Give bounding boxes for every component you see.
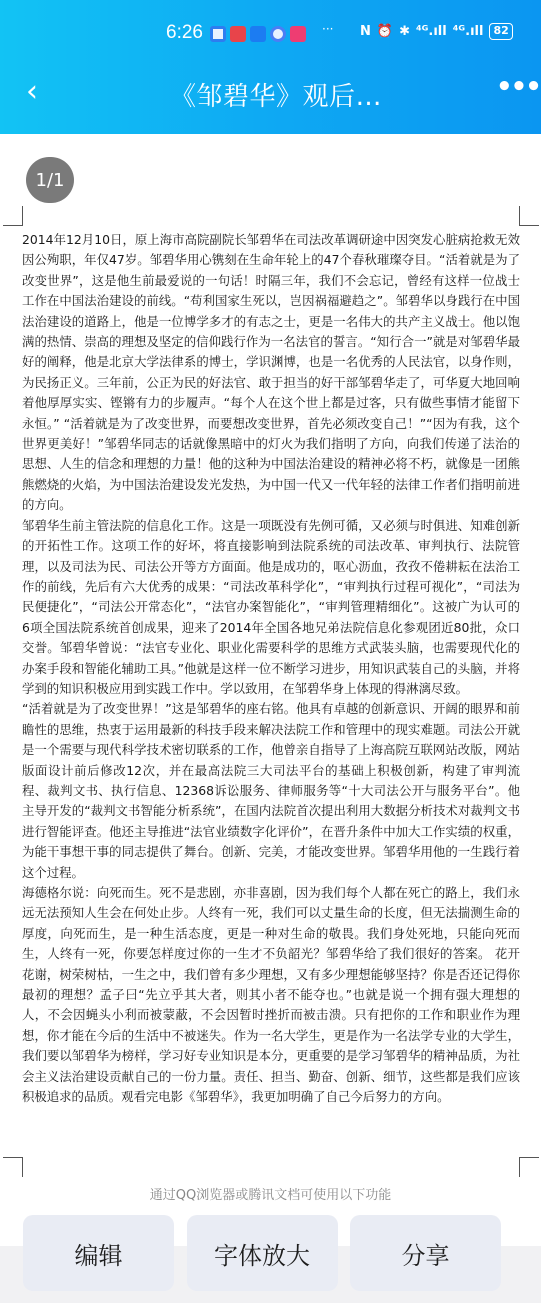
page-corner-mark <box>3 206 23 226</box>
nfc-icon: N <box>360 24 371 39</box>
action-bar: 编辑 字体放大 分享 <box>23 1215 501 1291</box>
document-body: 2014年12月10日，原上海市高院副院长邹碧华在司法改革调研途中因突发心脏病抢… <box>22 230 520 1107</box>
nav-bar: ‹ 《邹碧华》观后… ••• <box>0 66 541 126</box>
page-title: 《邹碧华》观后… <box>170 76 382 113</box>
paragraph: “活着就是为了改变世界！”这是邹碧华的座右铭。他具有卓越的创新意识、开阔的眼界和… <box>22 699 520 883</box>
page-corner-mark <box>519 206 539 226</box>
status-time: 6:26 <box>166 22 203 44</box>
signal-icon: ⁴ᴳ.ıll <box>416 24 447 39</box>
signal-icon: ⁴ᴳ.ıll <box>453 24 484 39</box>
share-button[interactable]: 分享 <box>350 1215 501 1291</box>
enlarge-font-button[interactable]: 字体放大 <box>187 1215 338 1291</box>
browser-app-icon <box>270 26 286 42</box>
battery-icon: 82 <box>489 23 512 40</box>
red-app-icon <box>230 26 246 42</box>
paragraph: 海德格尔说：向死而生。死不是悲剧，亦非喜剧，因为我们每个人都在死亡的路上，我们永… <box>22 883 520 1107</box>
alarm-icon: ⏰ <box>377 24 393 39</box>
bluetooth-icon: ✱ <box>399 24 410 39</box>
pink-app-icon <box>290 26 306 42</box>
status-bar: 6:26 ··· N ⏰ ✱ ⁴ᴳ.ıll ⁴ᴳ.ıll 82 <box>0 20 541 48</box>
notification-icons <box>210 26 306 42</box>
paragraph: 2014年12月10日，原上海市高院副院长邹碧华在司法改革调研途中因突发心脏病抢… <box>22 230 520 516</box>
paragraph: 邹碧华生前主管法院的信息化工作。这是一项既没有先例可循，又必须与时俱进、知难创新… <box>22 516 520 700</box>
page-indicator: 1/1 <box>26 157 74 203</box>
feature-hint: 通过QQ浏览器或腾讯文档可使用以下功能 <box>0 1184 541 1203</box>
weather-icon <box>250 26 266 42</box>
shield-app-icon <box>210 26 226 42</box>
system-status-icons: N ⏰ ✱ ⁴ᴳ.ıll ⁴ᴳ.ıll 82 <box>360 23 513 40</box>
back-icon[interactable]: ‹ <box>26 74 56 109</box>
page-corner-mark <box>519 1157 539 1177</box>
more-icon[interactable]: ••• <box>496 72 540 102</box>
overflow-notifications-icon: ··· <box>322 22 333 36</box>
app-header: 6:26 ··· N ⏰ ✱ ⁴ᴳ.ıll ⁴ᴳ.ıll 82 ‹ 《邹碧华》观… <box>0 0 541 134</box>
edit-button[interactable]: 编辑 <box>23 1215 174 1291</box>
page-corner-mark <box>3 1157 23 1177</box>
